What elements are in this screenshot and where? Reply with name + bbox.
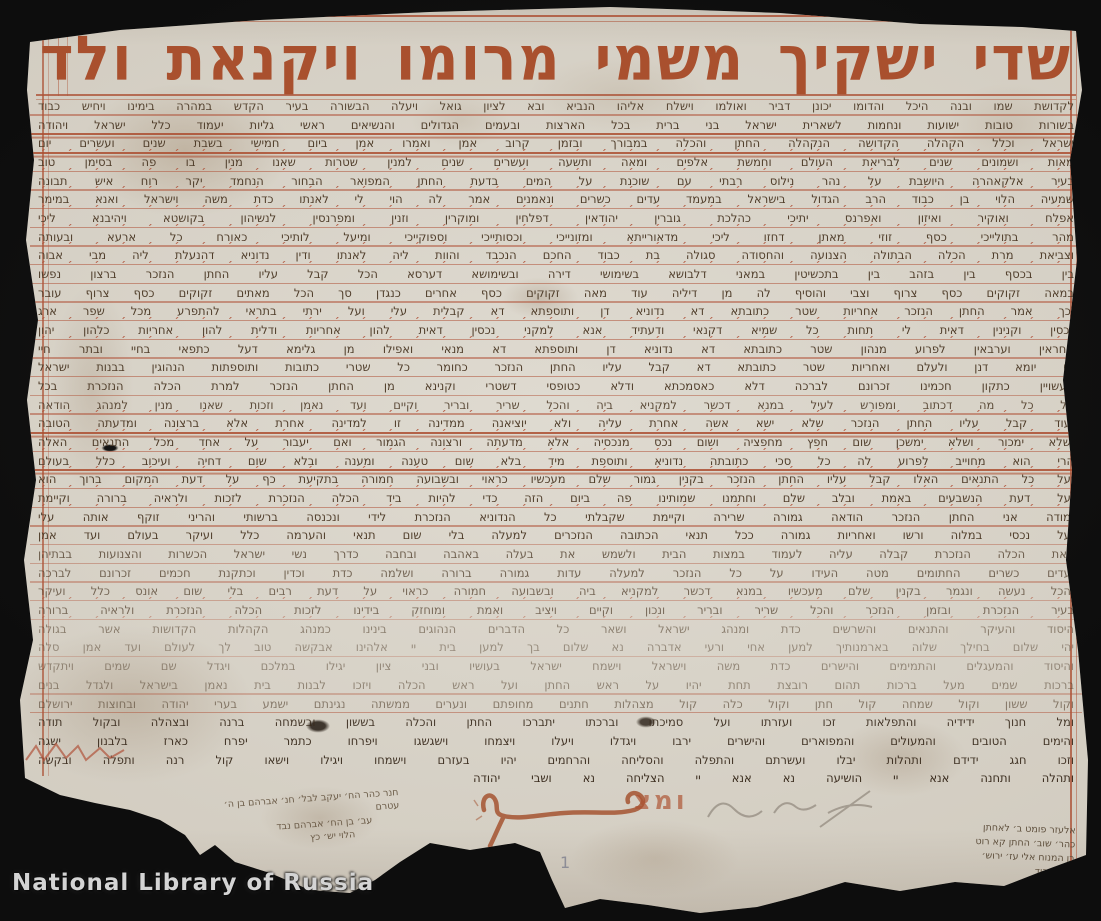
manuscript-line: ׳ ׳ ׳ ׳ ׳ ׳ ׳ ׳ ׳ ׳ ׳ ׳ ׳ ׳ ׳ ׳ ׳ ׳ ׳ ׳ … (38, 265, 1074, 284)
ruling-line (26, 21, 1080, 22)
zigzag-mark (24, 738, 128, 768)
manuscript-line: מן יומא דנן ולעלם ואחריות שטר כתובתא דא … (38, 358, 1074, 377)
ruling-line (26, 15, 1080, 17)
red-ornament-marks: ׳ ׳ ׳ ׳ ׳ ׳ ׳ ׳ ׳ ׳ ׳ ׳ ׳ ׳ ׳ ׳ ׳ ׳ ׳ ׳ … (42, 408, 1070, 417)
manuscript-line: יהי שלום בחילך שלוה בארמנותיך למען אחי ו… (38, 638, 1074, 657)
photo-background: שדי ישקיך משמי מרומו ויקנאת ולד לקדושת ש… (0, 0, 1101, 921)
manuscript-line: ׳ ׳ ׳ ׳ ׳ ׳ ׳ ׳ ׳ ׳ ׳ ׳ ׳ ׳ ׳ ׳ ׳ ׳ ׳ ׳ … (38, 620, 1074, 639)
manuscript-line: וזכו חגג ידידם ותהלות יבלו ועשרתם והתפלה… (38, 751, 1074, 770)
red-ornament-marks: ׳ ׳ ׳ ׳ ׳ ׳ ׳ ׳ ׳ ׳ ׳ ׳ ׳ ׳ ׳ ׳ ׳ ׳ ׳ ׳ … (42, 502, 1070, 511)
red-ornament-marks: ׳ ׳ ׳ ׳ ׳ ׳ ׳ ׳ ׳ ׳ ׳ ׳ ׳ ׳ ׳ ׳ ׳ ׳ ׳ ׳ … (42, 315, 1070, 324)
signature-red-letters: ומצ (634, 786, 688, 816)
red-ornament-marks: ׳ ׳ ׳ ׳ ׳ ׳ ׳ ׳ ׳ ׳ ׳ ׳ ׳ ׳ ׳ ׳ ׳ ׳ ׳ ׳ … (42, 334, 1070, 343)
manuscript-line: ׳ ׳ ׳ ׳ ׳ ׳ ׳ ׳ ׳ ׳ ׳ ׳ ׳ ׳ ׳ ׳ ׳ ׳ ׳ ׳ … (38, 508, 1074, 527)
manuscript-line: והיסוד והמעגלים והתמימים והישרים כדת משה… (38, 657, 1074, 676)
manuscript-line: ברכות שמים מעל ברכות תהום רובצת תחת יהיו… (38, 676, 1074, 695)
page-number-label: 1 (560, 853, 570, 872)
red-ornament-marks: ׳ ׳ ׳ ׳ ׳ ׳ ׳ ׳ ׳ ׳ ׳ ׳ ׳ ׳ ׳ ׳ ׳ ׳ ׳ ׳ … (42, 483, 1070, 492)
red-ornament-marks: ׳ ׳ ׳ ׳ ׳ ׳ ׳ ׳ ׳ ׳ ׳ ׳ ׳ ׳ ׳ ׳ ׳ ׳ ׳ ׳ … (42, 614, 1070, 623)
red-ornament-marks: ׳ ׳ ׳ ׳ ׳ ׳ ׳ ׳ ׳ ׳ ׳ ׳ ׳ ׳ ׳ ׳ ׳ ׳ ׳ ׳ … (42, 464, 1070, 473)
red-ornament-marks: ׳ ׳ ׳ ׳ ׳ ׳ ׳ ׳ ׳ ׳ ׳ ׳ ׳ ׳ ׳ ׳ ׳ ׳ ׳ ׳ … (42, 446, 1070, 455)
watermark-label: National Library of Russia (12, 870, 374, 896)
witness-block: חנר כהר הח׳ יעקב לבל׳ חנ׳ אברהם בן ה׳ עט… (198, 786, 401, 852)
gray-flourish (700, 783, 880, 835)
manuscript-line: במאה זקוקים כסף צרוף וצבי והוסיף לה מן ד… (38, 284, 1074, 303)
manuscript-line: העשויין כתקון חכמינו זכרונם לברכה דלא כא… (38, 377, 1074, 396)
manuscript-line: וקול ששון וקול שמחה קול חתן וקול כלה קול… (38, 695, 1074, 714)
manuscript-title: שדי ישקיך משמי מרומו ויקנאת ולד (40, 23, 1072, 99)
red-ornament-marks: ׳ ׳ ׳ ׳ ׳ ׳ ׳ ׳ ׳ ׳ ׳ ׳ ׳ ׳ ׳ ׳ ׳ ׳ ׳ ׳ … (42, 222, 1070, 231)
red-ornament-marks: ׳ ׳ ׳ ׳ ׳ ׳ ׳ ׳ ׳ ׳ ׳ ׳ ׳ ׳ ׳ ׳ ׳ ׳ ׳ ׳ … (42, 259, 1070, 268)
manuscript-body: לקדושת שמו ובנה היכל והדומו יכונן דביר ו… (38, 97, 1074, 788)
red-ornament-marks: ׳ ׳ ׳ ׳ ׳ ׳ ׳ ׳ ׳ ׳ ׳ ׳ ׳ ׳ ׳ ׳ ׳ ׳ ׳ ׳ … (42, 427, 1070, 436)
manuscript-line: ׳ ׳ ׳ ׳ ׳ ׳ ׳ ׳ ׳ ׳ ׳ ׳ ׳ ׳ ׳ ׳ ׳ ׳ ׳ ׳ … (38, 340, 1074, 359)
red-ornament-marks: ׳ ׳ ׳ ׳ ׳ ׳ ׳ ׳ ׳ ׳ ׳ ׳ ׳ ׳ ׳ ׳ ׳ ׳ ׳ ׳ … (42, 240, 1070, 249)
manuscript-line: לקדושת שמו ובנה היכל והדומו יכונן דביר ו… (38, 97, 1074, 116)
manuscript-line: וזאת הכלה הנזכרת קבלה עליה לעמוד במצות ה… (38, 545, 1074, 564)
red-ornament-marks: ׳ ׳ ׳ ׳ ׳ ׳ ׳ ׳ ׳ ׳ ׳ ׳ ׳ ׳ ׳ ׳ ׳ ׳ ׳ ׳ … (42, 595, 1070, 604)
colophon-block: אלעזר פומט ב׳ לאחתןכהר׳ שוב׳ החתן קא רוט… (932, 820, 1076, 881)
manuscript-line: והימים הטובים והמעולים והמפוארים והישרים… (38, 732, 1074, 751)
parchment-sheet: שדי ישקיך משמי מרומו ויקנאת ולד לקדושת ש… (0, 0, 1101, 921)
red-ornament-marks: ׳ ׳ ׳ ׳ ׳ ׳ ׳ ׳ ׳ ׳ ׳ ׳ ׳ ׳ ׳ ׳ ׳ ׳ ׳ ׳ … (42, 184, 1070, 193)
manuscript-line: ועדים כשרים החתומים מטה העידו על כל הנזכ… (38, 564, 1074, 583)
manuscript-line: בשורות טובות ישועות ונחמות לשארית ישראל … (38, 116, 1074, 135)
red-ornament-marks: ׳ ׳ ׳ ׳ ׳ ׳ ׳ ׳ ׳ ׳ ׳ ׳ ׳ ׳ ׳ ׳ ׳ ׳ ׳ ׳ … (42, 166, 1070, 175)
red-ornament-marks: ׳ ׳ ׳ ׳ ׳ ׳ ׳ ׳ ׳ ׳ ׳ ׳ ׳ ׳ ׳ ׳ ׳ ׳ ׳ ׳ … (42, 147, 1070, 156)
red-ornament-marks: ׳ ׳ ׳ ׳ ׳ ׳ ׳ ׳ ׳ ׳ ׳ ׳ ׳ ׳ ׳ ׳ ׳ ׳ ׳ ׳ … (42, 203, 1070, 212)
manuscript-line: ומל חנוך ידידיה והתפלאות זכו ועזרתו ועל … (38, 713, 1074, 732)
manuscript-line: ועל נכסי במלוה ורשו ואחריות גמורה ככל תנ… (38, 526, 1074, 545)
margin-line-right (1076, 16, 1077, 868)
